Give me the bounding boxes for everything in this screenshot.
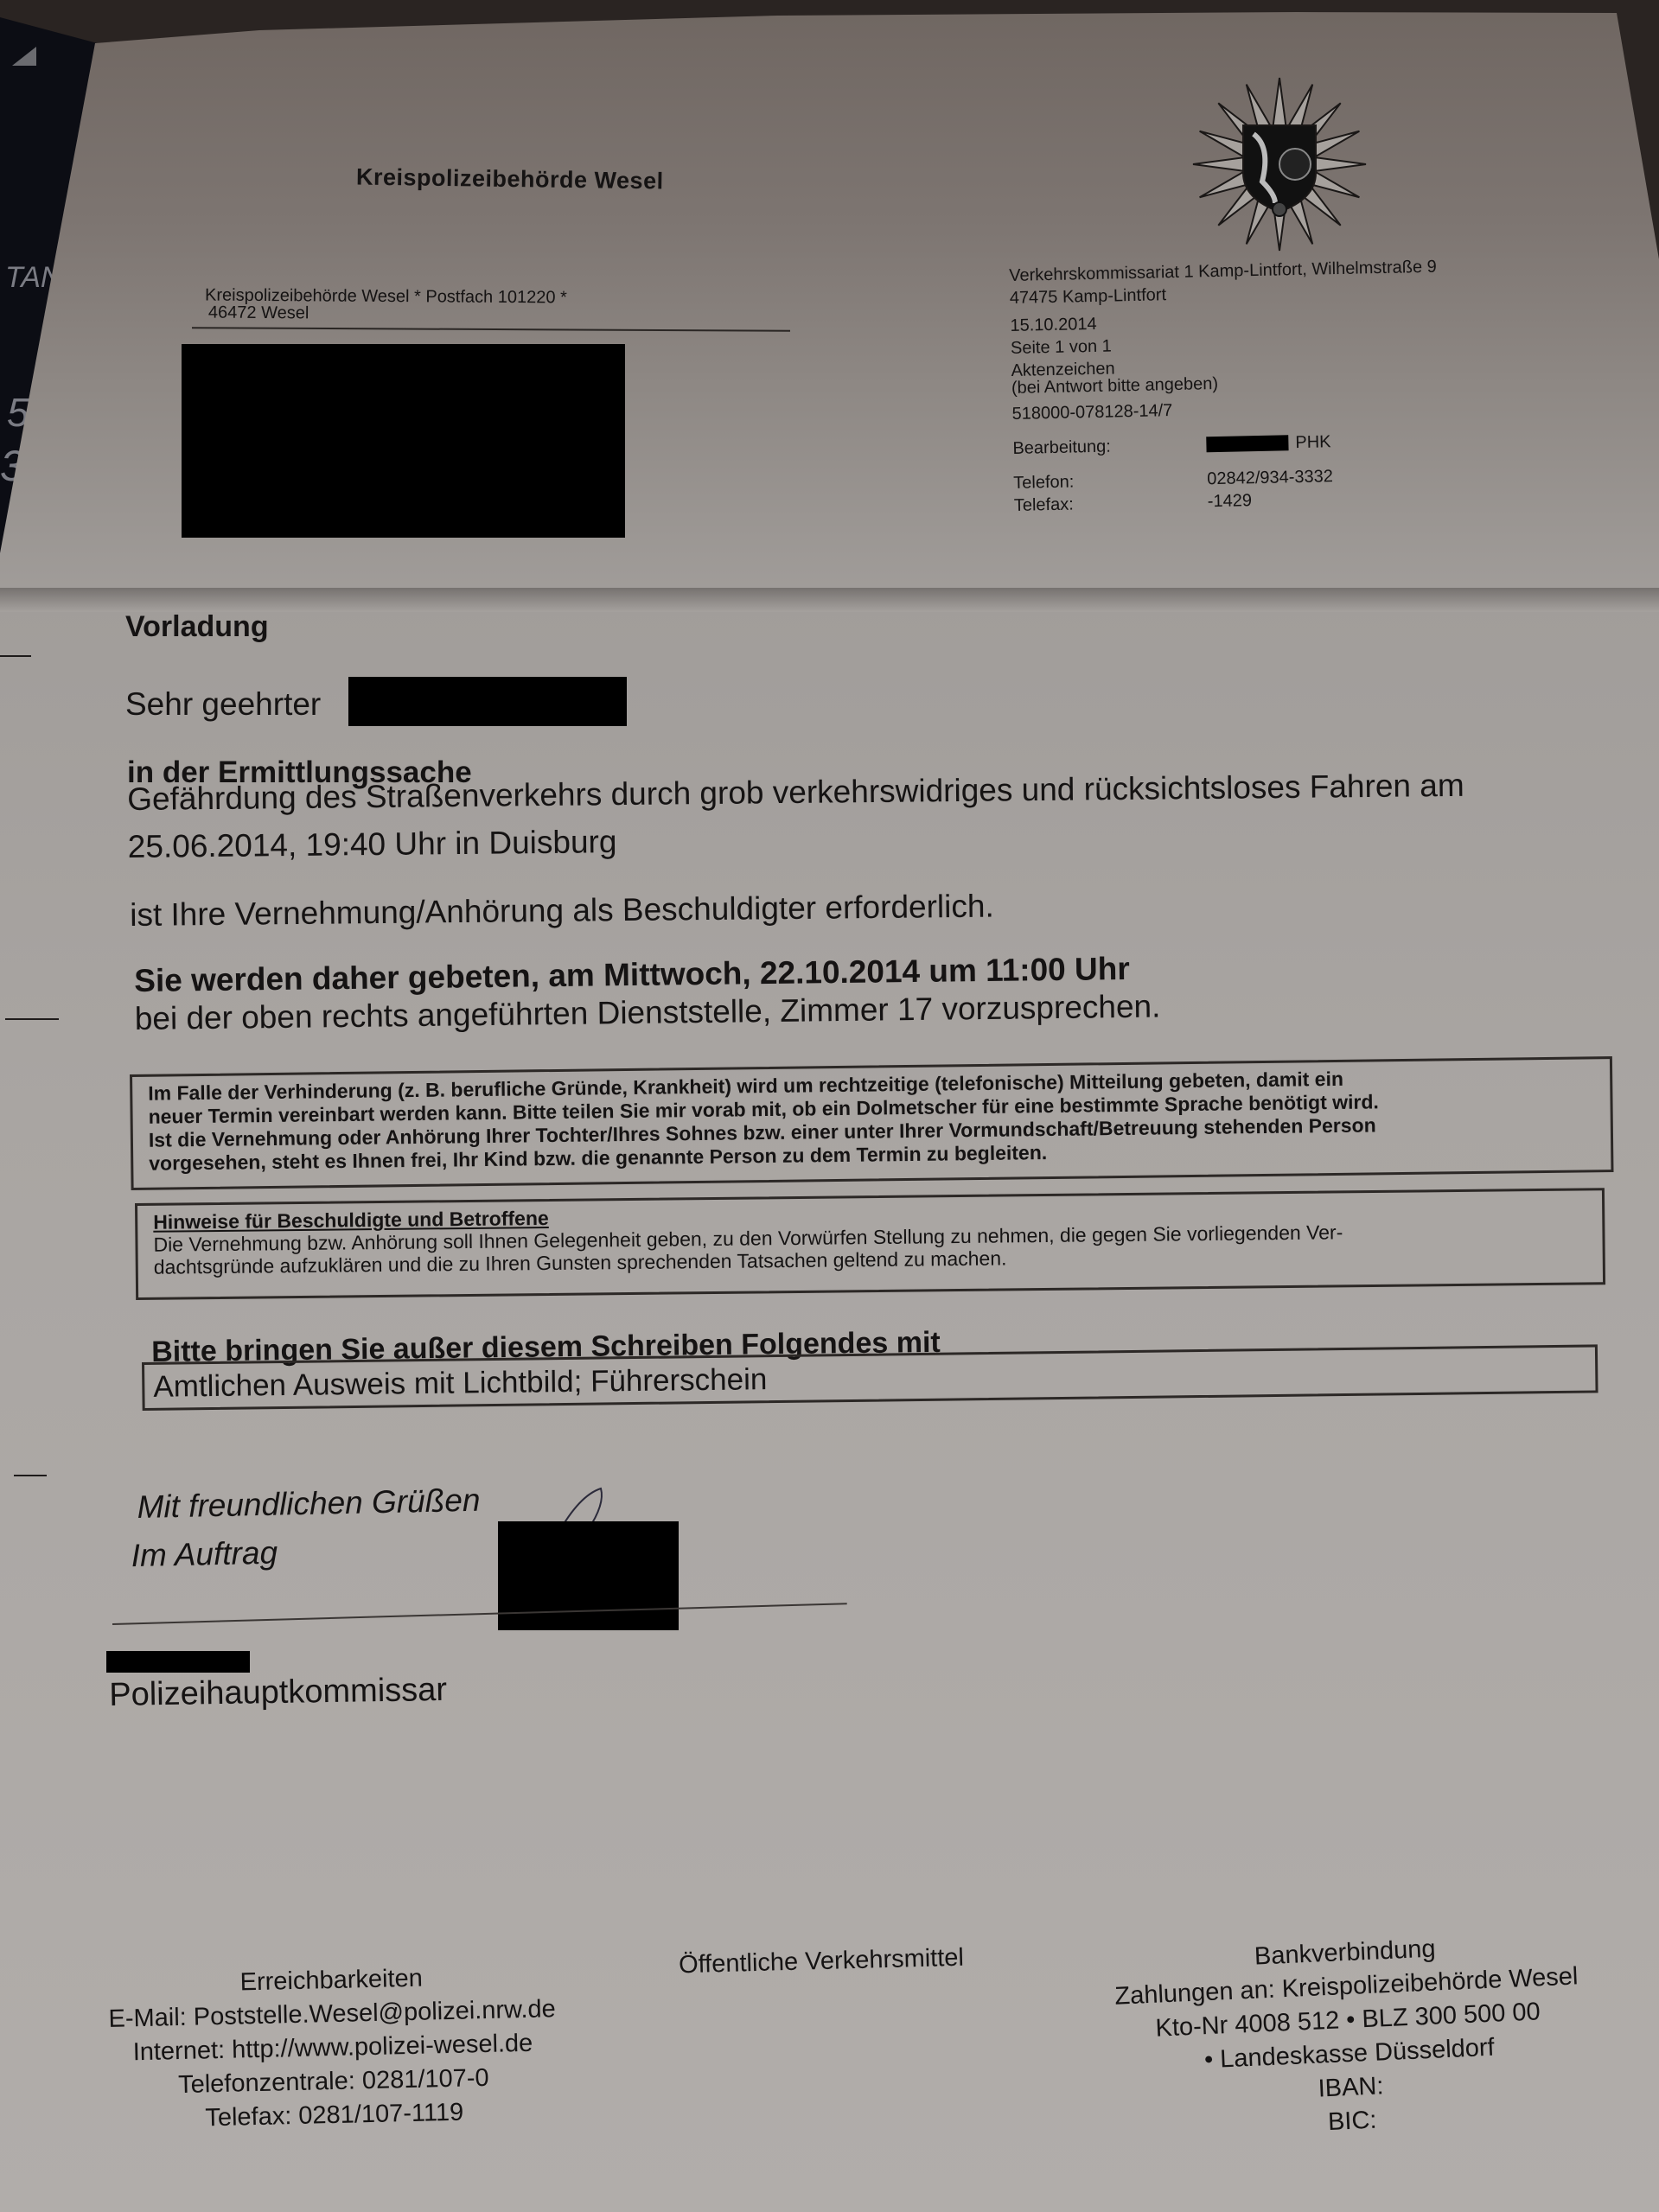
phone-number: 02842/934-3332 (1207, 465, 1333, 490)
requirement-text: ist Ihre Vernehmung/Anhörung als Beschul… (130, 889, 994, 934)
salutation: Sehr geehrter (125, 686, 321, 723)
signer-rank: Polizeihauptkommissar (109, 1672, 447, 1714)
sender-return-address: Kreispolizeibehörde Wesel * Postfach 101… (205, 287, 567, 324)
transit-heading: Öffentliche Verkehrsmittel (657, 1941, 986, 1983)
triangle-icon (12, 47, 36, 66)
redacted-handler-name (1206, 435, 1288, 452)
appointment: Sie werden daher gebeten, am Mittwoch, 2… (134, 950, 1161, 1038)
case-description: Gefährdung des Straßenverkehrs durch gro… (127, 767, 1464, 865)
nrw-police-star-crest-icon (1171, 73, 1388, 255)
closing: Mit freundlichen Grüßen Im Auftrag (137, 1476, 482, 1580)
closing-on-behalf: Im Auftrag (131, 1525, 482, 1580)
document-title: Vorladung (125, 610, 269, 644)
paper-fold (0, 588, 1659, 612)
closing-greeting: Mit freundlichen Grüßen (137, 1476, 481, 1532)
redacted-signer-name (106, 1651, 250, 1673)
handler-rank: PHK (1295, 430, 1331, 454)
fold-mark (14, 1475, 47, 1476)
redacted-recipient-name (348, 677, 627, 726)
signature-line (112, 1603, 847, 1625)
notice-box: Im Falle der Verhinderung (z. B. berufli… (130, 1056, 1614, 1190)
address-window-rule (192, 327, 790, 332)
punch-mark (5, 1018, 59, 1020)
info-block: Verkehrskommissariat 1 Kamp-Lintfort, Wi… (1009, 256, 1442, 517)
authority-title: Kreispolizeibehörde Wesel (356, 164, 664, 195)
file-ref-number: 518000-078128-14/7 (1011, 394, 1439, 425)
footer-bank: Bankverbindung Zahlungen an: Kreispolize… (1094, 1925, 1604, 2149)
fax-number: -1429 (1208, 489, 1253, 513)
footer-transit: Öffentliche Verkehrsmittel (657, 1941, 986, 1983)
fold-mark (0, 655, 31, 657)
salutation-text: Sehr geehrter (125, 686, 321, 722)
hints-box: Hinweise für Beschuldigte und Betroffene… (135, 1188, 1605, 1300)
letter-page: Kreispolizeibehörde Wesel Kreispolizeibe… (0, 0, 1659, 2212)
handler-label: Bearbeitung: (1012, 433, 1206, 460)
bring-items-list: Amtlichen Ausweis mit Lichtbild; Führers… (153, 1351, 1586, 1406)
redacted-recipient-address (182, 344, 625, 538)
redacted-signature (498, 1521, 679, 1630)
case-line-2: 25.06.2014, 19:40 Uhr in Duisburg (128, 814, 1465, 865)
footer-contact: Erreichbarkeiten E-Mail: Poststelle.Wese… (93, 1959, 572, 2138)
fax-label: Telefax: (1014, 490, 1208, 517)
